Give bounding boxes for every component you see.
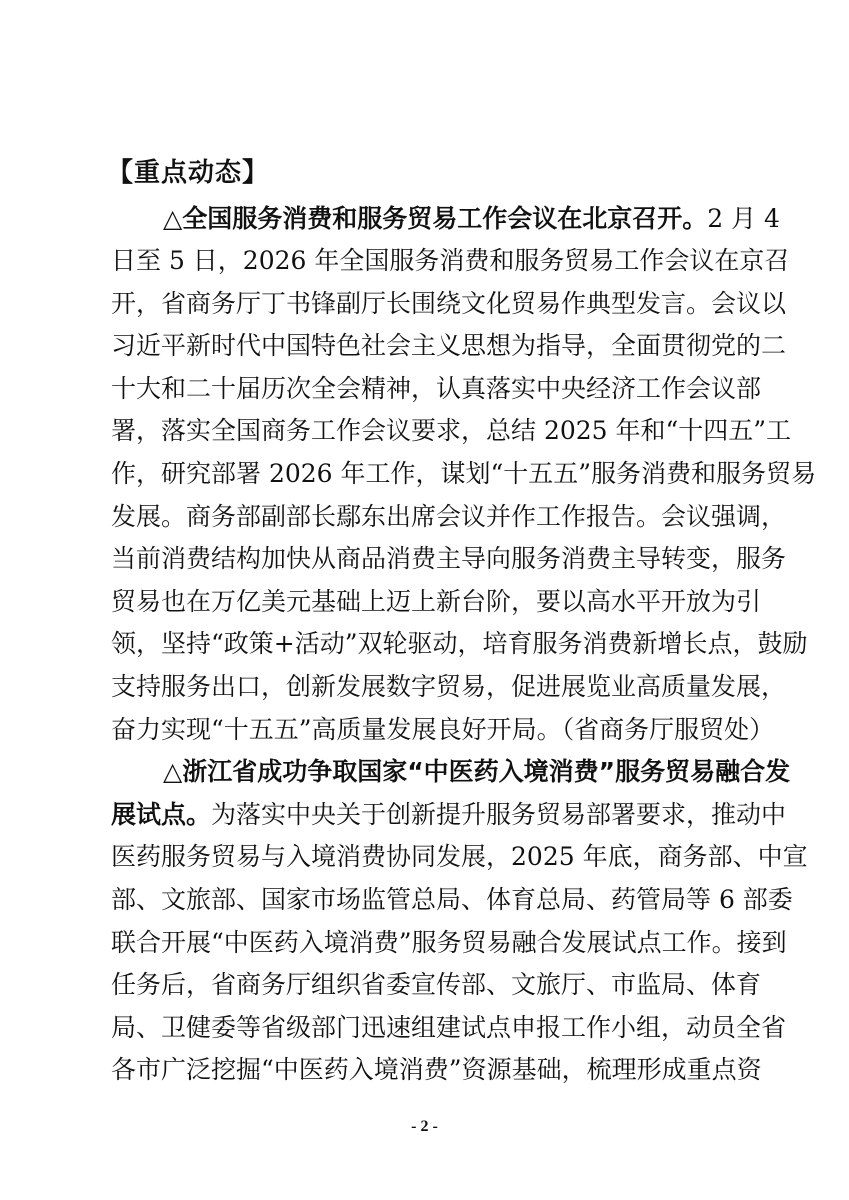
article-2: △浙江省成功争取国家“中医药入境消费”服务贸易融合发 展试点。为落实中央关于创新…	[111, 751, 743, 1092]
page-number: - 2 -	[0, 1118, 849, 1136]
article-1-line: 当前消费结构加快从商品消费主导向服务消费主导转变，服务	[111, 538, 743, 581]
document-page: 【重点动态】 △全国服务消费和服务贸易工作会议在北京召开。2 月 4 日至 5 …	[0, 0, 849, 1200]
article-1-line: 奋力实现“十五五”高质量发展良好开局。（省商务厅服贸处）	[111, 709, 743, 752]
article-2-title-end: 展试点。	[111, 800, 211, 829]
article-1-line: 署，落实全国商务工作会议要求，总结 2025 年和“十四五”工	[111, 410, 743, 453]
article-1-line: 贸易也在万亿美元基础上迈上新台阶，要以高水平开放为引	[111, 581, 743, 624]
article-2-line: 各市广泛挖掘“中医药入境消费”资源基础，梳理形成重点资	[111, 1049, 743, 1092]
article-1-line: 支持服务出口，创新发展数字贸易，促进展览业高质量发展，	[111, 666, 743, 709]
article-2-line: 部、文旅部、国家市场监管总局、体育总局、药管局等 6 部委	[111, 879, 743, 922]
article-1-title: △全国服务消费和服务贸易工作会议在北京召开。	[163, 204, 707, 233]
article-2-line: 局、卫健委等省级部门迅速组建试点申报工作小组，动员全省	[111, 1007, 743, 1050]
page-content: 【重点动态】 △全国服务消费和服务贸易工作会议在北京召开。2 月 4 日至 5 …	[111, 155, 743, 1092]
article-1-line: 领，坚持“政策+活动”双轮驱动，培育服务消费新增长点，鼓励	[111, 623, 743, 666]
article-1-line: 日至 5 日，2026 年全国服务消费和服务贸易工作会议在京召	[111, 240, 743, 283]
article-2-line: 展试点。为落实中央关于创新提升服务贸易部署要求，推动中	[111, 794, 743, 837]
article-2-line: 联合开展“中医药入境消费”服务贸易融合发展试点工作。接到	[111, 922, 743, 965]
article-1-line: △全国服务消费和服务贸易工作会议在北京召开。2 月 4	[111, 198, 743, 241]
article-2-line: 任务后，省商务厅组织省委宣传部、文旅厅、市监局、体育	[111, 964, 743, 1007]
article-2-title: △浙江省成功争取国家“中医药入境消费”服务贸易融合发	[111, 751, 743, 794]
article-1-line: 开，省商务厅丁书锋副厅长围绕文化贸易作典型发言。会议以	[111, 283, 743, 326]
article-1-line: 习近平新时代中国特色社会主义思想为指导，全面贯彻党的二	[111, 325, 743, 368]
article-1-line: 作，研究部署 2026 年工作，谋划“十五五”服务消费和服务贸易	[111, 453, 743, 496]
article-1-line: 十大和二十届历次全会精神，认真落实中央经济工作会议部	[111, 368, 743, 411]
article-2-line: 医药服务贸易与入境消费协同发展，2025 年底，商务部、中宣	[111, 836, 743, 879]
section-heading: 【重点动态】	[107, 155, 743, 198]
article-1-line: 发展。商务部副部长鄢东出席会议并作工作报告。会议强调，	[111, 496, 743, 539]
article-1: △全国服务消费和服务贸易工作会议在北京召开。2 月 4 日至 5 日，2026 …	[111, 198, 743, 752]
